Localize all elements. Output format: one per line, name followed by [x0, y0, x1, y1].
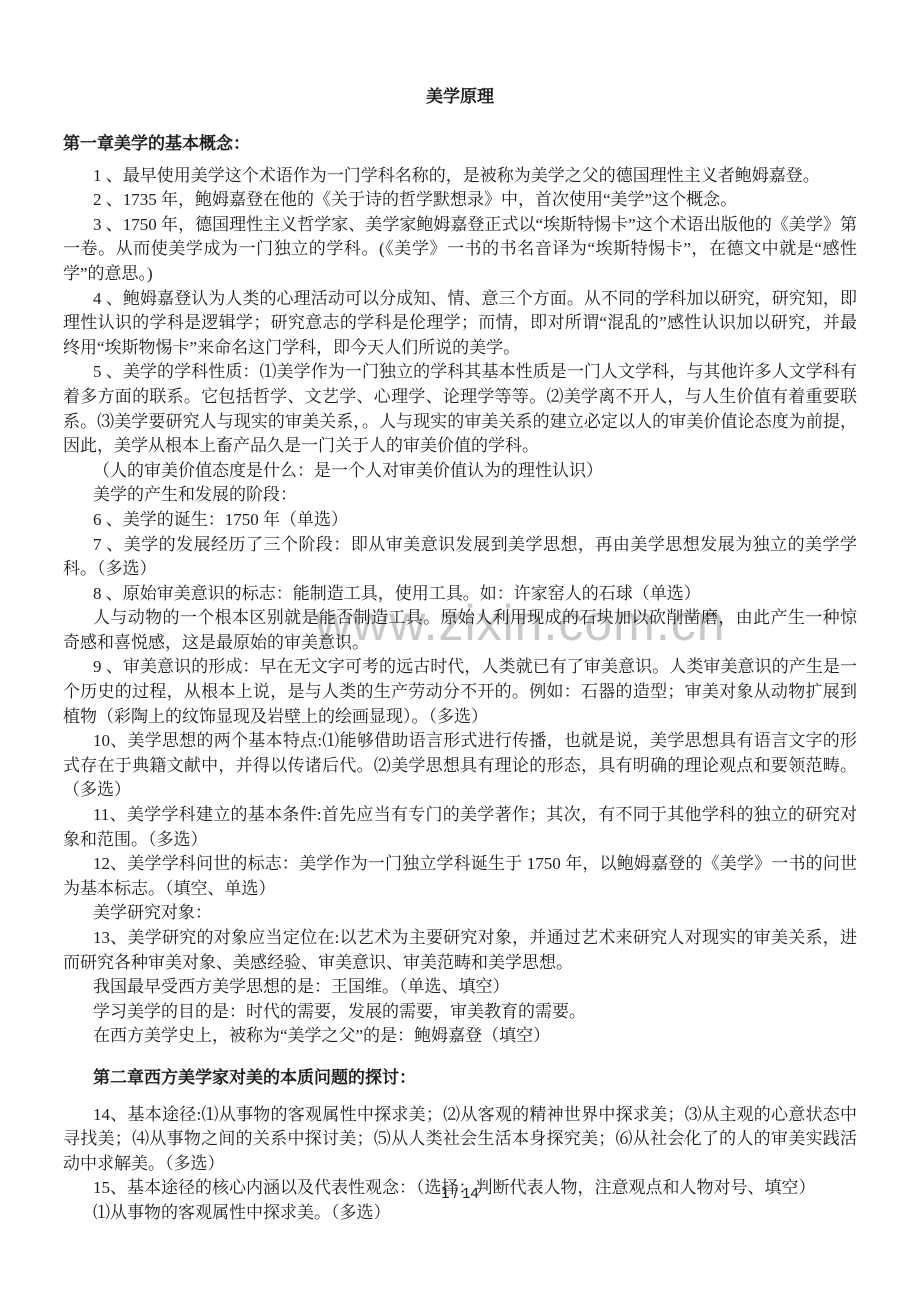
paragraph: 12、美学学科问世的标志：美学作为一门独立学科诞生于 1750 年，以鲍姆嘉登的…	[63, 852, 857, 901]
paragraph: 10、美学思想的两个基本特点:⑴能够借助语言形式进行传播，也就是说，美学思想具有…	[63, 729, 857, 803]
paragraph: 5 、美学的学科性质：⑴美学作为一门独立的学科其基本性质是一门人文学科，与其他许…	[63, 360, 857, 458]
document-body: 第一章美学的基本概念：1 、最早使用美学这个术语作为一门学科名称的，是被称为美学…	[63, 132, 857, 1226]
page-number: 1 / 14	[0, 1185, 920, 1202]
paragraph: 8 、原始审美意识的标志：能制造工具，使用工具。如：许家窑人的石球（单选）	[63, 582, 857, 607]
paragraph: 2 、1735 年，鲍姆嘉登在他的《关于诗的哲学默想录》中，首次使用“美学”这个…	[63, 188, 857, 213]
paragraph: 3 、1750 年，德国理性主义哲学家、美学家鲍姆嘉登正式以“埃斯特惕卡”这个术…	[63, 213, 857, 287]
paragraph: 人与动物的一个根本区别就是能否制造工具。原始人利用现成的石块加以砍削凿磨，由此产…	[63, 606, 857, 655]
paragraph: 在西方美学史上，被称为“美学之父”的是：鲍姆嘉登（填空）	[63, 1024, 857, 1049]
paragraph: （人的审美价值态度是什么：是一个人对审美价值认为的理性认识）	[63, 459, 857, 484]
paragraph: 1 、最早使用美学这个术语作为一门学科名称的，是被称为美学之父的德国理性主义者鲍…	[63, 164, 857, 189]
paragraph: 美学的产生和发展的阶段：	[63, 483, 857, 508]
paragraph: 13、美学研究的对象应当定位在:以艺术为主要研究对象，并通过艺术来研究人对现实的…	[63, 926, 857, 975]
paragraph: 美学研究对象：	[63, 901, 857, 926]
paragraph: 4 、鲍姆嘉登认为人类的心理活动可以分成知、情、意三个方面。从不同的学科加以研究…	[63, 287, 857, 361]
section-heading: 第一章美学的基本概念：	[63, 132, 857, 157]
paragraph: 6 、美学的诞生：1750 年（单选）	[63, 508, 857, 533]
section-heading: 第二章西方美学家对美的本质问题的探讨：	[63, 1066, 857, 1091]
paragraph: 学习美学的目的是：时代的需要，发展的需要，审美教育的需要。	[63, 1000, 857, 1025]
document-title: 美学原理	[0, 0, 920, 108]
paragraph: 11、美学学科建立的基本条件:首先应当有专门的美学著作；其次，有不同于其他学科的…	[63, 803, 857, 852]
paragraph: 9 、审美意识的形成：早在无文字可考的远古时代，人类就已有了审美意识。人类审美意…	[63, 655, 857, 729]
paragraph: ⑴从事物的客观属性中探求美。（多选）	[63, 1201, 857, 1226]
paragraph: 我国最早受西方美学思想的是：王国维。（单选、填空）	[63, 975, 857, 1000]
paragraph: 14、基本途径:⑴从事物的客观属性中探求美；⑵从客观的精神世界中探求美；⑶从主观…	[63, 1103, 857, 1177]
document-page: www.zixin.com.cn 美学原理 第一章美学的基本概念：1 、最早使用…	[0, 0, 920, 1302]
paragraph: 7 、美学的发展经历了三个阶段：即从审美意识发展到美学思想，再由美学思想发展为独…	[63, 533, 857, 582]
